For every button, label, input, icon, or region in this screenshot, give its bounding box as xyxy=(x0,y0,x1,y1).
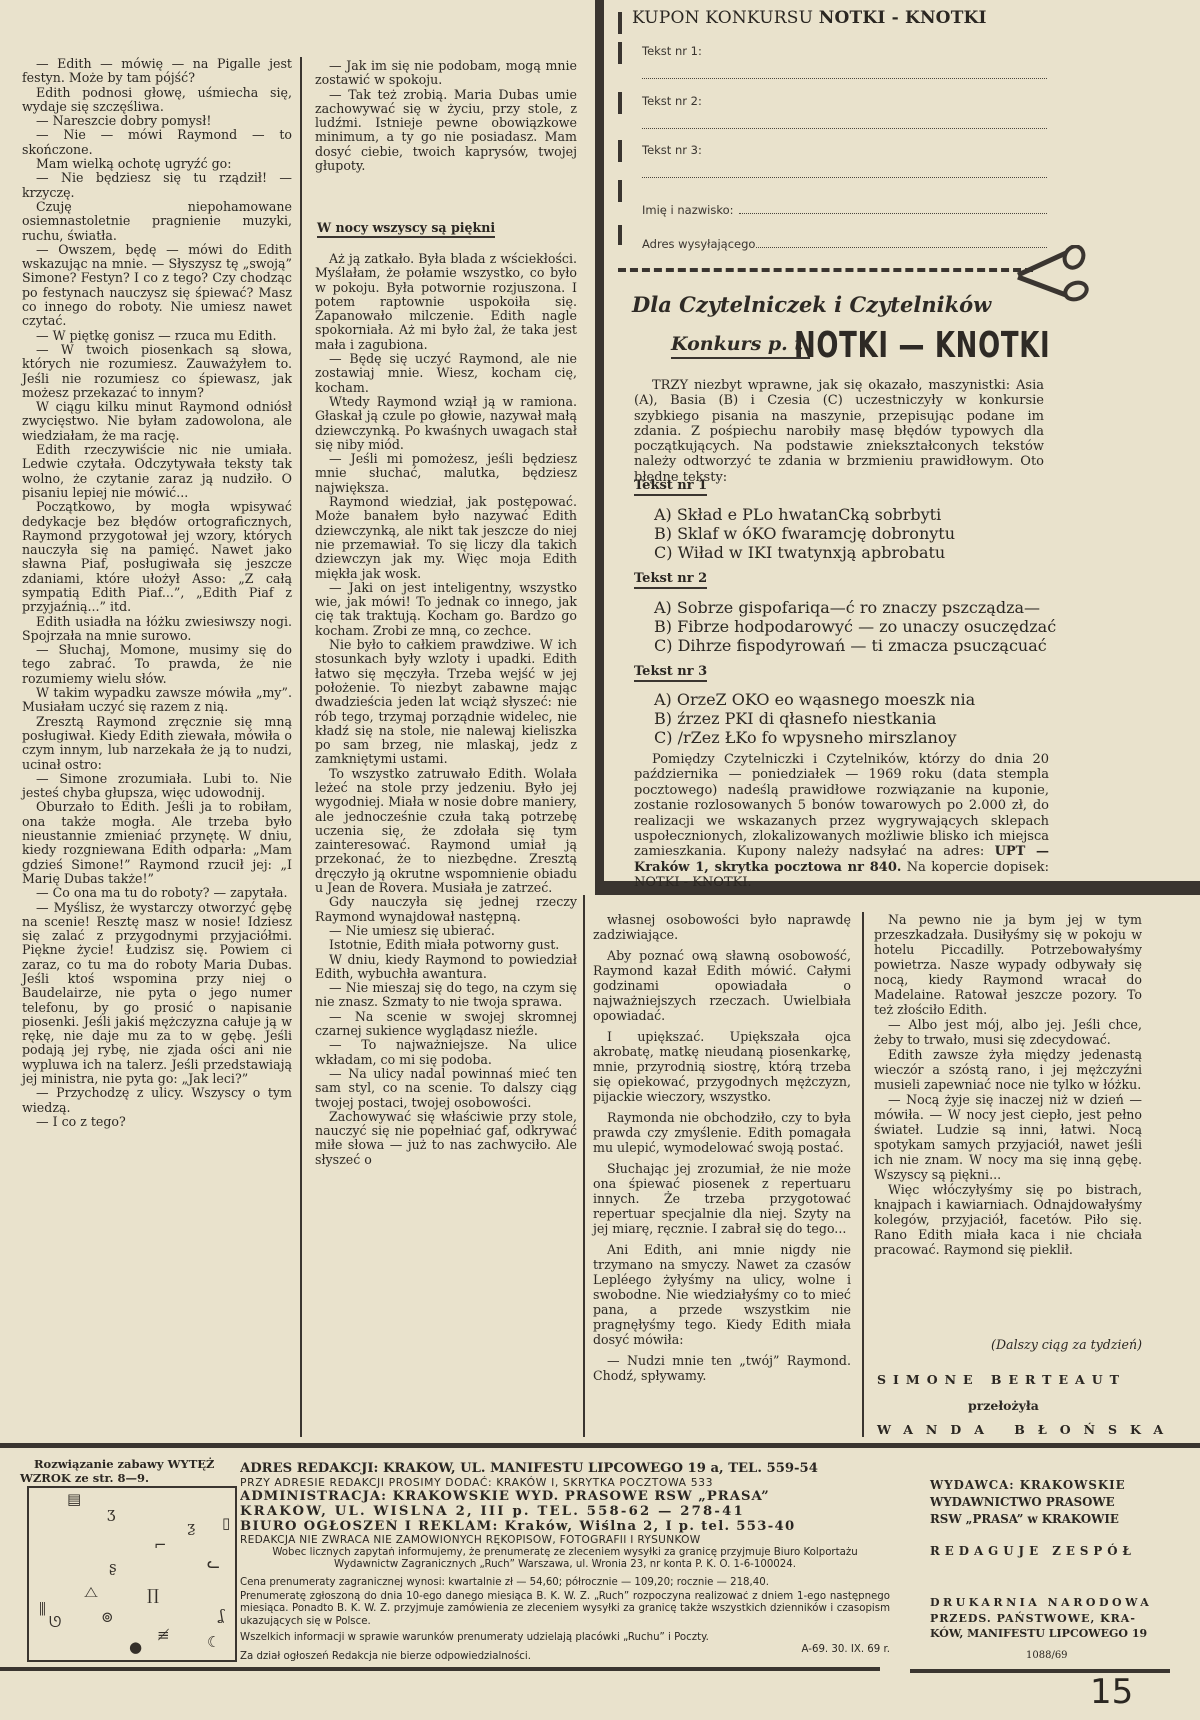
tekst-1-variants: A) Skład e PLo hwatanCką sobrbyti B) Skl… xyxy=(654,505,955,563)
paragraph: Edith usiadła na łóżku zwiesiwszy nogi. … xyxy=(22,615,292,644)
paragraph: — Nocą żyje się inaczej niż w dzień — mó… xyxy=(874,1092,1142,1182)
paragraph: Ani Edith, ani mnie nigdy nie trzymano n… xyxy=(593,1242,851,1347)
paragraph: — Nie mieszaj się do tego, na czym się n… xyxy=(315,981,577,1010)
paragraph: Więc włóczyłyśmy się po bistrach, knajpa… xyxy=(874,1182,1142,1257)
paragraph: — Owszem, będę — mówi do Edith wskazując… xyxy=(22,243,292,329)
paragraph: I upiększać. Upiększała ojca akrobatę, m… xyxy=(593,1029,851,1104)
paragraph: Edith zawsze żyła między jedenastą wiecz… xyxy=(874,1047,1142,1092)
section-heading: W nocy wszyscy są piękni xyxy=(317,220,495,238)
order-number: 1088/69 xyxy=(1026,1650,1068,1661)
editorial-team: REDAGUJE ZESPÓŁ xyxy=(930,1543,1136,1560)
article-column-4: Na pewno nie ja bym jej w tym przeszkadz… xyxy=(874,912,1142,1257)
paragraph: — Nudzi mnie ten „twój” Raymond. Chodź, … xyxy=(593,1353,851,1383)
contest-coupon-box: KUPON KONKURSU NOTKI - KNOTKI Tekst nr 1… xyxy=(595,0,1200,895)
coupon-field-address[interactable] xyxy=(756,247,1047,248)
article-translator: WANDA BŁOŃSKA xyxy=(877,1422,1176,1437)
coupon-field-text2[interactable] xyxy=(642,128,1047,129)
paragraph: — Simone zrozumiała. Lubi to. Nie jesteś… xyxy=(22,772,292,801)
tekst-3-variants: A) OrzeZ OKO eo wąasnego moeszk nia B) ź… xyxy=(654,690,975,748)
paragraph: Słuchając jej zrozumiał, że nie może ona… xyxy=(593,1161,851,1236)
editorial-imprint: ADRES REDAKCJI: KRAKÓW, UL. MANIFESTU LI… xyxy=(240,1461,890,1663)
paragraph: — Będę się uczyć Raymond, ale nie zostaw… xyxy=(315,352,577,395)
paragraph: — Myślisz, że wystarczy otworzyć gębę na… xyxy=(22,901,292,1087)
paragraph: To wszystko zatruwało Edith. Wolała leże… xyxy=(315,767,577,896)
paragraph: W takim wypadku zawsze mówiła „my”. Musi… xyxy=(22,686,292,715)
article-column-2: Aż ją zatkało. Była blada z wściekłości.… xyxy=(315,252,577,1167)
article-column-3: własnej osobowości było naprawdę zadziwi… xyxy=(593,912,851,1383)
paragraph: — Edith — mówię — na Pigalle jest festyn… xyxy=(22,57,292,86)
contest-rules: Pomiędzy Czytelniczki i Czytelników, któ… xyxy=(634,752,1049,891)
paragraph: — I co z tego? xyxy=(22,1115,292,1129)
contest-header-line2: Konkurs p. t. xyxy=(671,333,810,359)
paragraph: Istotnie, Edith miała potworny gust. xyxy=(315,938,577,952)
paragraph: Mam wielką ochotę ugryźć go: xyxy=(22,157,292,171)
column-divider xyxy=(583,895,585,1437)
coupon-field-name[interactable] xyxy=(739,213,1047,214)
translated-by: przełożyła xyxy=(968,1398,1039,1413)
paragraph: — Nie — mówi Raymond — to skończone. xyxy=(22,128,292,157)
paragraph: Raymond wiedział, jak postępować. Może b… xyxy=(315,495,577,581)
paragraph: Aby poznać ową sławną osobowość, Raymond… xyxy=(593,948,851,1023)
page-number: 15 xyxy=(1090,1672,1133,1712)
paragraph: Gdy nauczyła się jednej rzeczy Raymond w… xyxy=(315,895,577,924)
paragraph: Nie było to całkiem prawdziwe. W ich sto… xyxy=(315,638,577,767)
paragraph: — To najważniejsze. Na ulice wkładam, co… xyxy=(315,1038,577,1067)
puzzle-caption: Rozwiązanie zabawy WYTĘŻ WZROK ze str. 8… xyxy=(20,1457,235,1485)
paragraph: — Jeśli mi pomożesz, jeśli będziesz mnie… xyxy=(315,452,577,495)
cut-line xyxy=(618,268,1033,272)
continued-note: (Dalszy ciąg za tydzień) xyxy=(874,1338,1142,1352)
column-divider xyxy=(300,57,302,1437)
tekst-1-heading: Tekst nr 1 xyxy=(634,478,707,496)
tekst-3-heading: Tekst nr 3 xyxy=(634,664,707,682)
coupon-field-address-label: Adres wysyłającego xyxy=(642,237,755,251)
paragraph: Na pewno nie ja bym jej w tym przeszkadz… xyxy=(874,912,1142,1017)
paragraph: W ciągu kilku minut Raymond odniósł zwyc… xyxy=(22,400,292,443)
paragraph: — Nie umiesz się ubierać. xyxy=(315,924,577,938)
paragraph: Początkowo, by mogła wpisywać dedykacje … xyxy=(22,500,292,614)
paragraph: Oburzało to Edith. Jeśli ja to robiłam, … xyxy=(22,800,292,886)
paragraph: — W piętkę gonisz — rzuca mu Edith. xyxy=(22,329,292,343)
coupon-title: KUPON KONKURSU NOTKI - KNOTKI xyxy=(632,8,987,28)
paragraph: — Co ona ma tu do roboty? — zapytała. xyxy=(22,886,292,900)
paragraph: — Nie będziesz się tu rządził! — krzyczę… xyxy=(22,171,292,200)
paragraph: — Albo jest mój, albo jej. Jeśli chce, ż… xyxy=(874,1017,1142,1047)
paragraph: — Tak też zrobią. Maria Dubas umie zacho… xyxy=(315,88,577,174)
paragraph: Czuję niepohamowane osiemnastoletnie pra… xyxy=(22,200,292,243)
coupon-field-text1-label: Tekst nr 1: xyxy=(642,44,702,58)
coupon-field-text3[interactable] xyxy=(642,177,1047,178)
paragraph: — Przychodzę z ulicy. Wszyscy o tym wied… xyxy=(22,1086,292,1115)
contest-intro: TRZY niezbyt wprawne, jak się okazało, m… xyxy=(634,378,1044,485)
paragraph: — Jaki on jest inteligentny, wszystko wi… xyxy=(315,581,577,638)
paragraph: — Na scenie w swojej skromnej czarnej su… xyxy=(315,1010,577,1039)
coupon-field-text2-label: Tekst nr 2: xyxy=(642,94,702,108)
paragraph: Edith rzeczywiście nic nie umiała. Ledwi… xyxy=(22,443,292,500)
tekst-2-heading: Tekst nr 2 xyxy=(634,571,707,589)
paragraph: Zresztą Raymond zręcznie się mną posługi… xyxy=(22,715,292,772)
paragraph: W dniu, kiedy Raymond to powiedział Edit… xyxy=(315,953,577,982)
column-divider xyxy=(862,912,864,1437)
article-author: SIMONE BERTEAUT xyxy=(877,1372,1126,1387)
paragraph: Zachowywać się właściwie przy stole, nau… xyxy=(315,1110,577,1167)
printer-info: DRUKARNIA NARODOWA PRZEDS. PAŃSTWOWE, KR… xyxy=(930,1595,1152,1642)
footer-divider xyxy=(0,1443,1200,1448)
coupon-field-text3-label: Tekst nr 3: xyxy=(642,143,702,157)
paragraph: Raymonda nie obchodziło, czy to była pra… xyxy=(593,1110,851,1155)
article-column-2-top: — Jak im się nie podobam, mogą mnie zost… xyxy=(315,59,577,173)
scissors-icon xyxy=(1016,245,1091,303)
paragraph: — Nareszcie dobry pomysł! xyxy=(22,114,292,128)
coupon-field-text1[interactable] xyxy=(642,78,1047,79)
contest-header-line1: Dla Czytelniczek i Czytelników xyxy=(632,292,991,317)
coupon-field-name-label: Imię i nazwisko: xyxy=(642,203,734,217)
paragraph: — Słuchaj, Momone, musimy się do tego za… xyxy=(22,643,292,686)
paragraph: — Jak im się nie podobam, mogą mnie zost… xyxy=(315,59,577,88)
paragraph: własnej osobowości było naprawdę zadziwi… xyxy=(593,912,851,942)
paragraph: — W twoich piosenkach są słowa, których … xyxy=(22,343,292,400)
contest-title: NOTKI — KNOTKI xyxy=(794,325,1050,366)
article-column-1: — Edith — mówię — na Pigalle jest festyn… xyxy=(22,57,292,1129)
publisher-info: WYDAWCA: KRAKOWSKIE WYDAWNICTWO PRASOWE … xyxy=(930,1477,1126,1528)
paragraph: Edith podnosi głowę, uśmiecha się, wydaj… xyxy=(22,86,292,115)
paragraph: Wtedy Raymond wziął ją w ramiona. Głaska… xyxy=(315,395,577,452)
paragraph: — Na ulicy nadal powinnaś mieć ten sam s… xyxy=(315,1067,577,1110)
paragraph: Aż ją zatkało. Była blada z wściekłości.… xyxy=(315,252,577,352)
footer-divider xyxy=(0,1667,880,1671)
tekst-2-variants: A) Sobrze gispofariqa—ć ro znaczy pszczą… xyxy=(654,598,1056,656)
puzzle-solution-image: ▤ ʒ ƺ ▯ ⌐ ᓚ ʂ ⧍ ∏ ⫼ ᘎ ⊚ ʆ ≢ ● ☾ xyxy=(27,1486,237,1662)
